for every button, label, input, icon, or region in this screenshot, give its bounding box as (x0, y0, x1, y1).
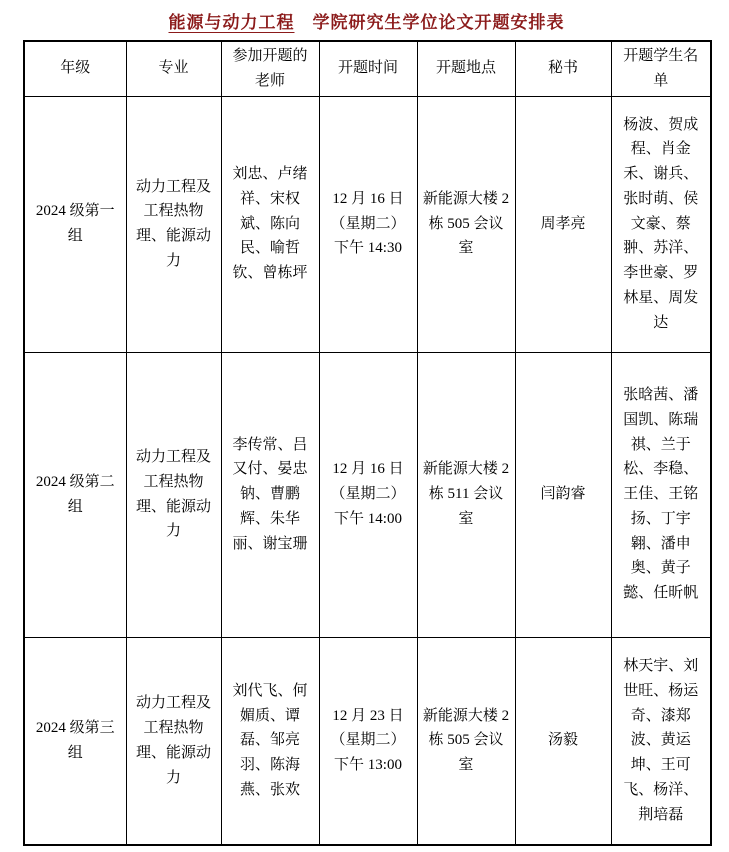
location-cell: 新能源大楼 2 栋 505 会议室 (417, 637, 515, 845)
header-location: 开题地点 (417, 41, 515, 96)
students-cell: 林天宇、刘世旺、杨运奇、漆郑波、黄运坤、王可飞、杨洋、荆培磊 (611, 637, 711, 845)
major-cell: 动力工程及工程热物理、能源动力 (126, 96, 221, 352)
grade-cell: 2024 级第一组 (24, 96, 126, 352)
header-teachers: 参加开题的老师 (221, 41, 319, 96)
teachers-cell: 李传常、吕又付、晏忠钠、曹鹏辉、朱华丽、谢宝珊 (221, 352, 319, 637)
students-cell: 张晗茜、潘国凯、陈瑞祺、兰于松、李稳、王佳、王铭扬、丁宇翱、潘申奥、黄子懿、任昕… (611, 352, 711, 637)
major-cell: 动力工程及工程热物理、能源动力 (126, 352, 221, 637)
secretary-cell: 汤毅 (515, 637, 611, 845)
students-cell: 杨波、贺成程、肖金禾、谢兵、张时萌、侯文豪、蔡翀、苏洋、李世豪、罗林星、周发达 (611, 96, 711, 352)
grade-cell: 2024 级第三组 (24, 637, 126, 845)
secretary-cell: 周孝亮 (515, 96, 611, 352)
location-cell: 新能源大楼 2 栋 505 会议室 (417, 96, 515, 352)
grade-cell: 2024 级第二组 (24, 352, 126, 637)
table-row-group-2: 2024 级第二组 动力工程及工程热物理、能源动力 李传常、吕又付、晏忠钠、曹鹏… (24, 352, 711, 637)
table-header-row: 年级 专业 参加开题的老师 开题时间 开题地点 秘书 开题学生名单 (24, 41, 711, 96)
time-cell: 12 月 16 日 （星期二） 下午 14:00 (319, 352, 417, 637)
header-major: 专业 (126, 41, 221, 96)
header-grade: 年级 (24, 41, 126, 96)
teachers-cell: 刘代飞、何媚质、谭磊、邹亮羽、陈海燕、张欢 (221, 637, 319, 845)
time-cell: 12 月 16 日 （星期二） 下午 14:30 (319, 96, 417, 352)
header-time: 开题时间 (319, 41, 417, 96)
location-cell: 新能源大楼 2 栋 511 会议室 (417, 352, 515, 637)
header-students: 开题学生名单 (611, 41, 711, 96)
teachers-cell: 刘忠、卢绪祥、宋权斌、陈向民、喻哲钦、曾栋坪 (221, 96, 319, 352)
page-title: 能源与动力工程学院研究生学位论文开题安排表 (0, 8, 729, 33)
page-title-department: 能源与动力工程 (165, 13, 299, 32)
page-title-suffix: 学院研究生学位论文开题安排表 (313, 13, 565, 32)
major-cell: 动力工程及工程热物理、能源动力 (126, 637, 221, 845)
secretary-cell: 闫韵睿 (515, 352, 611, 637)
table-row-group-1: 2024 级第一组 动力工程及工程热物理、能源动力 刘忠、卢绪祥、宋权斌、陈向民… (24, 96, 711, 352)
thesis-proposal-schedule-table: 年级 专业 参加开题的老师 开题时间 开题地点 秘书 开题学生名单 2024 级… (23, 40, 712, 846)
time-cell: 12 月 23 日 （星期二） 下午 13:00 (319, 637, 417, 845)
header-secretary: 秘书 (515, 41, 611, 96)
table-row-group-3: 2024 级第三组 动力工程及工程热物理、能源动力 刘代飞、何媚质、谭磊、邹亮羽… (24, 637, 711, 845)
